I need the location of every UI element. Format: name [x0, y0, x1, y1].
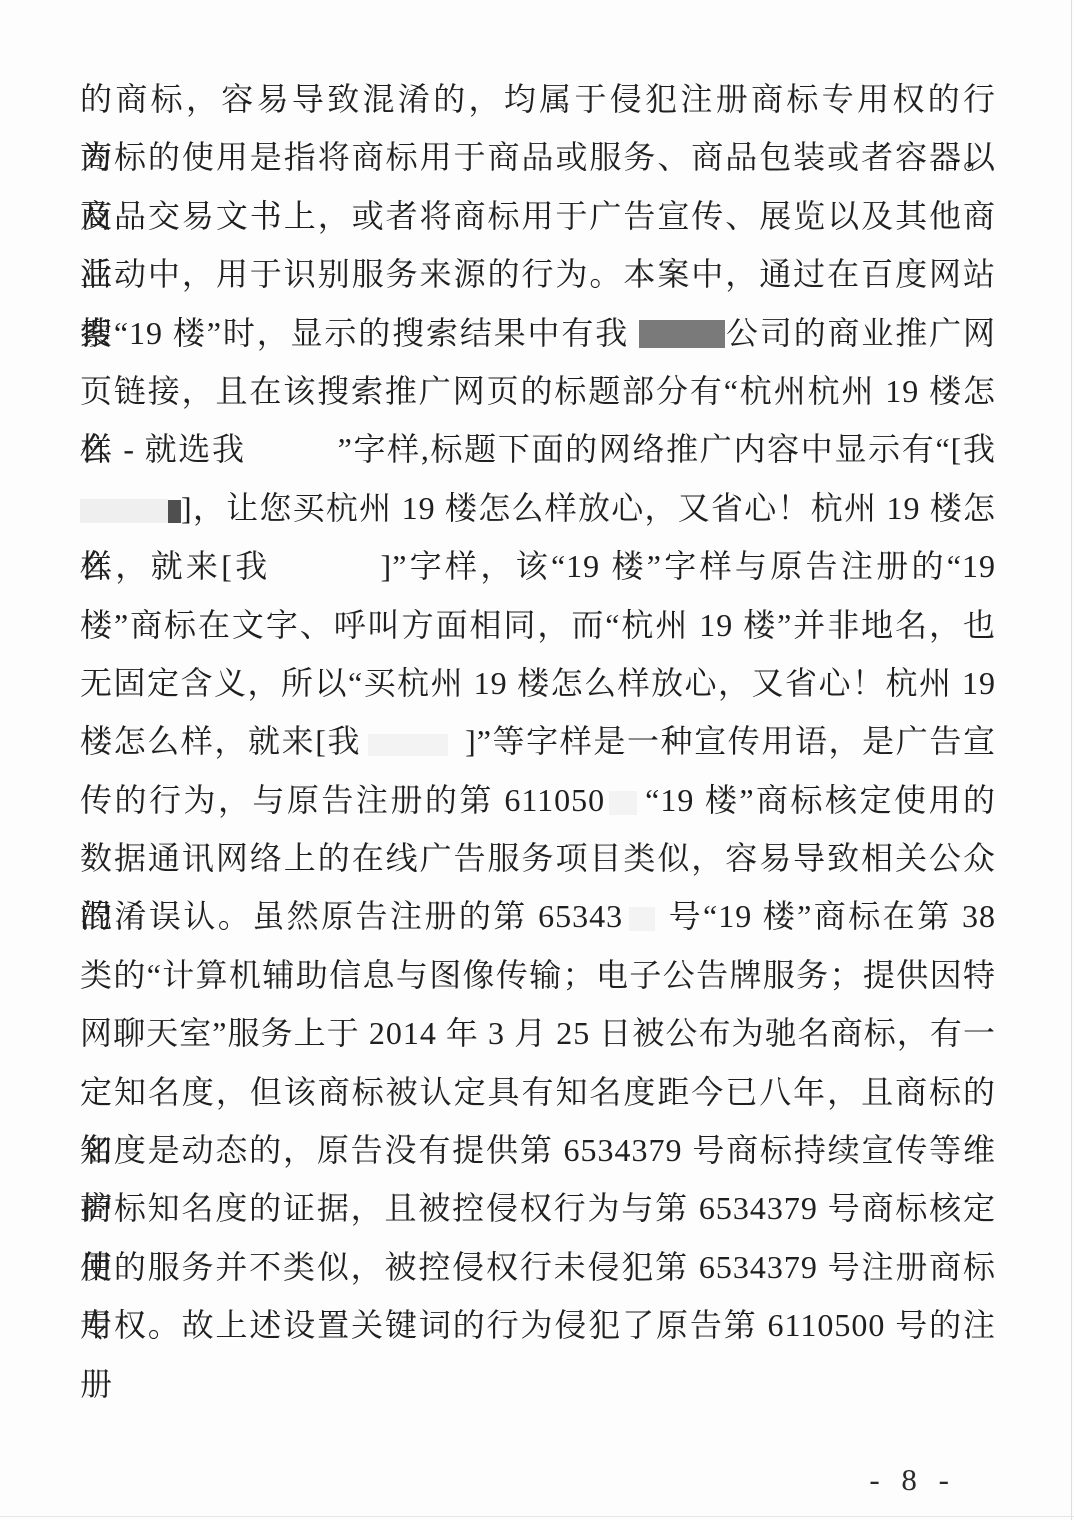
redaction-box-faint: [629, 907, 655, 931]
text-line: 名度是动态的，原告没有提供第 6534379 号商标持续宣传等维护: [80, 1121, 996, 1179]
text-line: 传的行为，与原告注册的第 611050“19 楼”商标核定使用的: [80, 771, 996, 829]
text-line: 商标知名度的证据，且被控侵权行为与第 6534379 号商标核定使: [80, 1179, 996, 1237]
body-text: 的商标，容易导致混淆的，均属于侵犯注册商标专用权的行为。商标的使用是指将商标用于…: [80, 70, 996, 1355]
scan-edge-right: [1071, 0, 1072, 1520]
redacted-blank: [448, 750, 465, 752]
text-run: 用权。故上述设置关键词的行为侵犯了原告第 6110500 号的注册: [80, 1307, 996, 1401]
redacted-blank: [361, 750, 368, 752]
text-line: 的商标，容易导致混淆的，均属于侵犯注册商标专用权的行为。: [80, 70, 996, 128]
text-line: ]，让您买杭州 19 楼怎么样放心，又省心！杭州 19 楼怎么: [80, 479, 996, 537]
redacted-blank: [637, 809, 645, 811]
redacted-blank: [246, 458, 338, 460]
text-line: 活动中，用于识别服务来源的行为。本案中，通过在百度网站搜: [80, 245, 996, 303]
redacted-blank: [271, 575, 381, 577]
text-line: 类的“计算机辅助信息与图像传输；电子公告牌服务；提供因特: [80, 946, 996, 1004]
text-line: 用权。故上述设置关键词的行为侵犯了原告第 6110500 号的注册: [80, 1296, 996, 1354]
text-run: ]”字样，该“19 楼”字样与原告注册的“19: [381, 548, 996, 584]
text-line: 数据通讯网络上的在线广告服务项目类似，容易导致相关公众的: [80, 829, 996, 887]
text-line: 网聊天室”服务上于 2014 年 3 月 25 日被公布为驰名商标，有一: [80, 1004, 996, 1062]
text-run: “19 楼”商标核定使用的: [645, 782, 996, 818]
text-run: 楼怎么样，就来[我: [80, 723, 361, 759]
text-line: 混淆误认。虽然原告注册的第 65343号“19 楼”商标在第 38: [80, 887, 996, 945]
redacted-blank: [629, 342, 639, 344]
redaction-box-faint: [609, 791, 637, 815]
text-line: 楼怎么样，就来[我]”等字样是一种宣传用语，是广告宣: [80, 712, 996, 770]
text-line: 用的服务并不类似，被控侵权行未侵犯第 6534379 号注册商标专: [80, 1238, 996, 1296]
text-run: 楼”商标在文字、呼叫方面相同，而“杭州 19 楼”并非地名，也: [80, 607, 996, 643]
text-run: 样，就来[我: [80, 548, 271, 584]
text-run: 混淆误认。虽然原告注册的第 65343: [80, 898, 623, 934]
document-page: 的商标，容易导致混淆的，均属于侵犯注册商标专用权的行为。商标的使用是指将商标用于…: [0, 0, 1074, 1520]
text-run: 传的行为，与原告注册的第 611050: [80, 782, 605, 818]
text-line: 索“19 楼”时，显示的搜索结果中有我公司的商业推广网: [80, 304, 996, 362]
redacted-blank: [655, 925, 667, 927]
redaction-box-faint: [368, 734, 448, 756]
redaction-box-light: [80, 499, 168, 523]
text-run: 号“19 楼”商标在第 38: [667, 898, 996, 934]
text-line: 商品交易文书上，或者将商标用于广告宣传、展览以及其他商业: [80, 187, 996, 245]
text-run: 公司的商业推广网: [725, 315, 996, 351]
text-line: 定知名度，但该商标被认定具有知名度距今已八年，且商标的知: [80, 1063, 996, 1121]
text-run: 样 - 就选我: [80, 431, 246, 467]
text-line: 无固定含义，所以“买杭州 19 楼怎么样放心，又省心！杭州 19: [80, 654, 996, 712]
text-line: 楼”商标在文字、呼叫方面相同，而“杭州 19 楼”并非地名，也: [80, 596, 996, 654]
text-run: ”字样,标题下面的网络推广内容中显示有“[我: [338, 431, 996, 467]
redaction-box-dark: [639, 320, 725, 348]
text-line: 样，就来[我]”字样，该“19 楼”字样与原告注册的“19: [80, 537, 996, 595]
redaction-box-small_dark: [168, 500, 181, 523]
text-run: 网聊天室”服务上于 2014 年 3 月 25 日被公布为驰名商标，有一: [80, 1015, 996, 1051]
text-line: 商标的使用是指将商标用于商品或服务、商品包装或者容器以及: [80, 128, 996, 186]
text-line: 样 - 就选我”字样,标题下面的网络推广内容中显示有“[我: [80, 420, 996, 478]
scan-edge-bottom: [0, 1516, 1074, 1517]
text-run: ]”等字样是一种宣传用语，是广告宣: [465, 723, 996, 759]
text-run: 无固定含义，所以“买杭州 19 楼怎么样放心，又省心！杭州 19: [80, 665, 996, 701]
text-run: 类的“计算机辅助信息与图像传输；电子公告牌服务；提供因特: [80, 957, 996, 993]
page-number: - 8 -: [869, 1462, 956, 1498]
text-run: 索“19 楼”时，显示的搜索结果中有我: [80, 315, 629, 351]
text-line: 页链接，且在该搜索推广网页的标题部分有“杭州杭州 19 楼怎么: [80, 362, 996, 420]
